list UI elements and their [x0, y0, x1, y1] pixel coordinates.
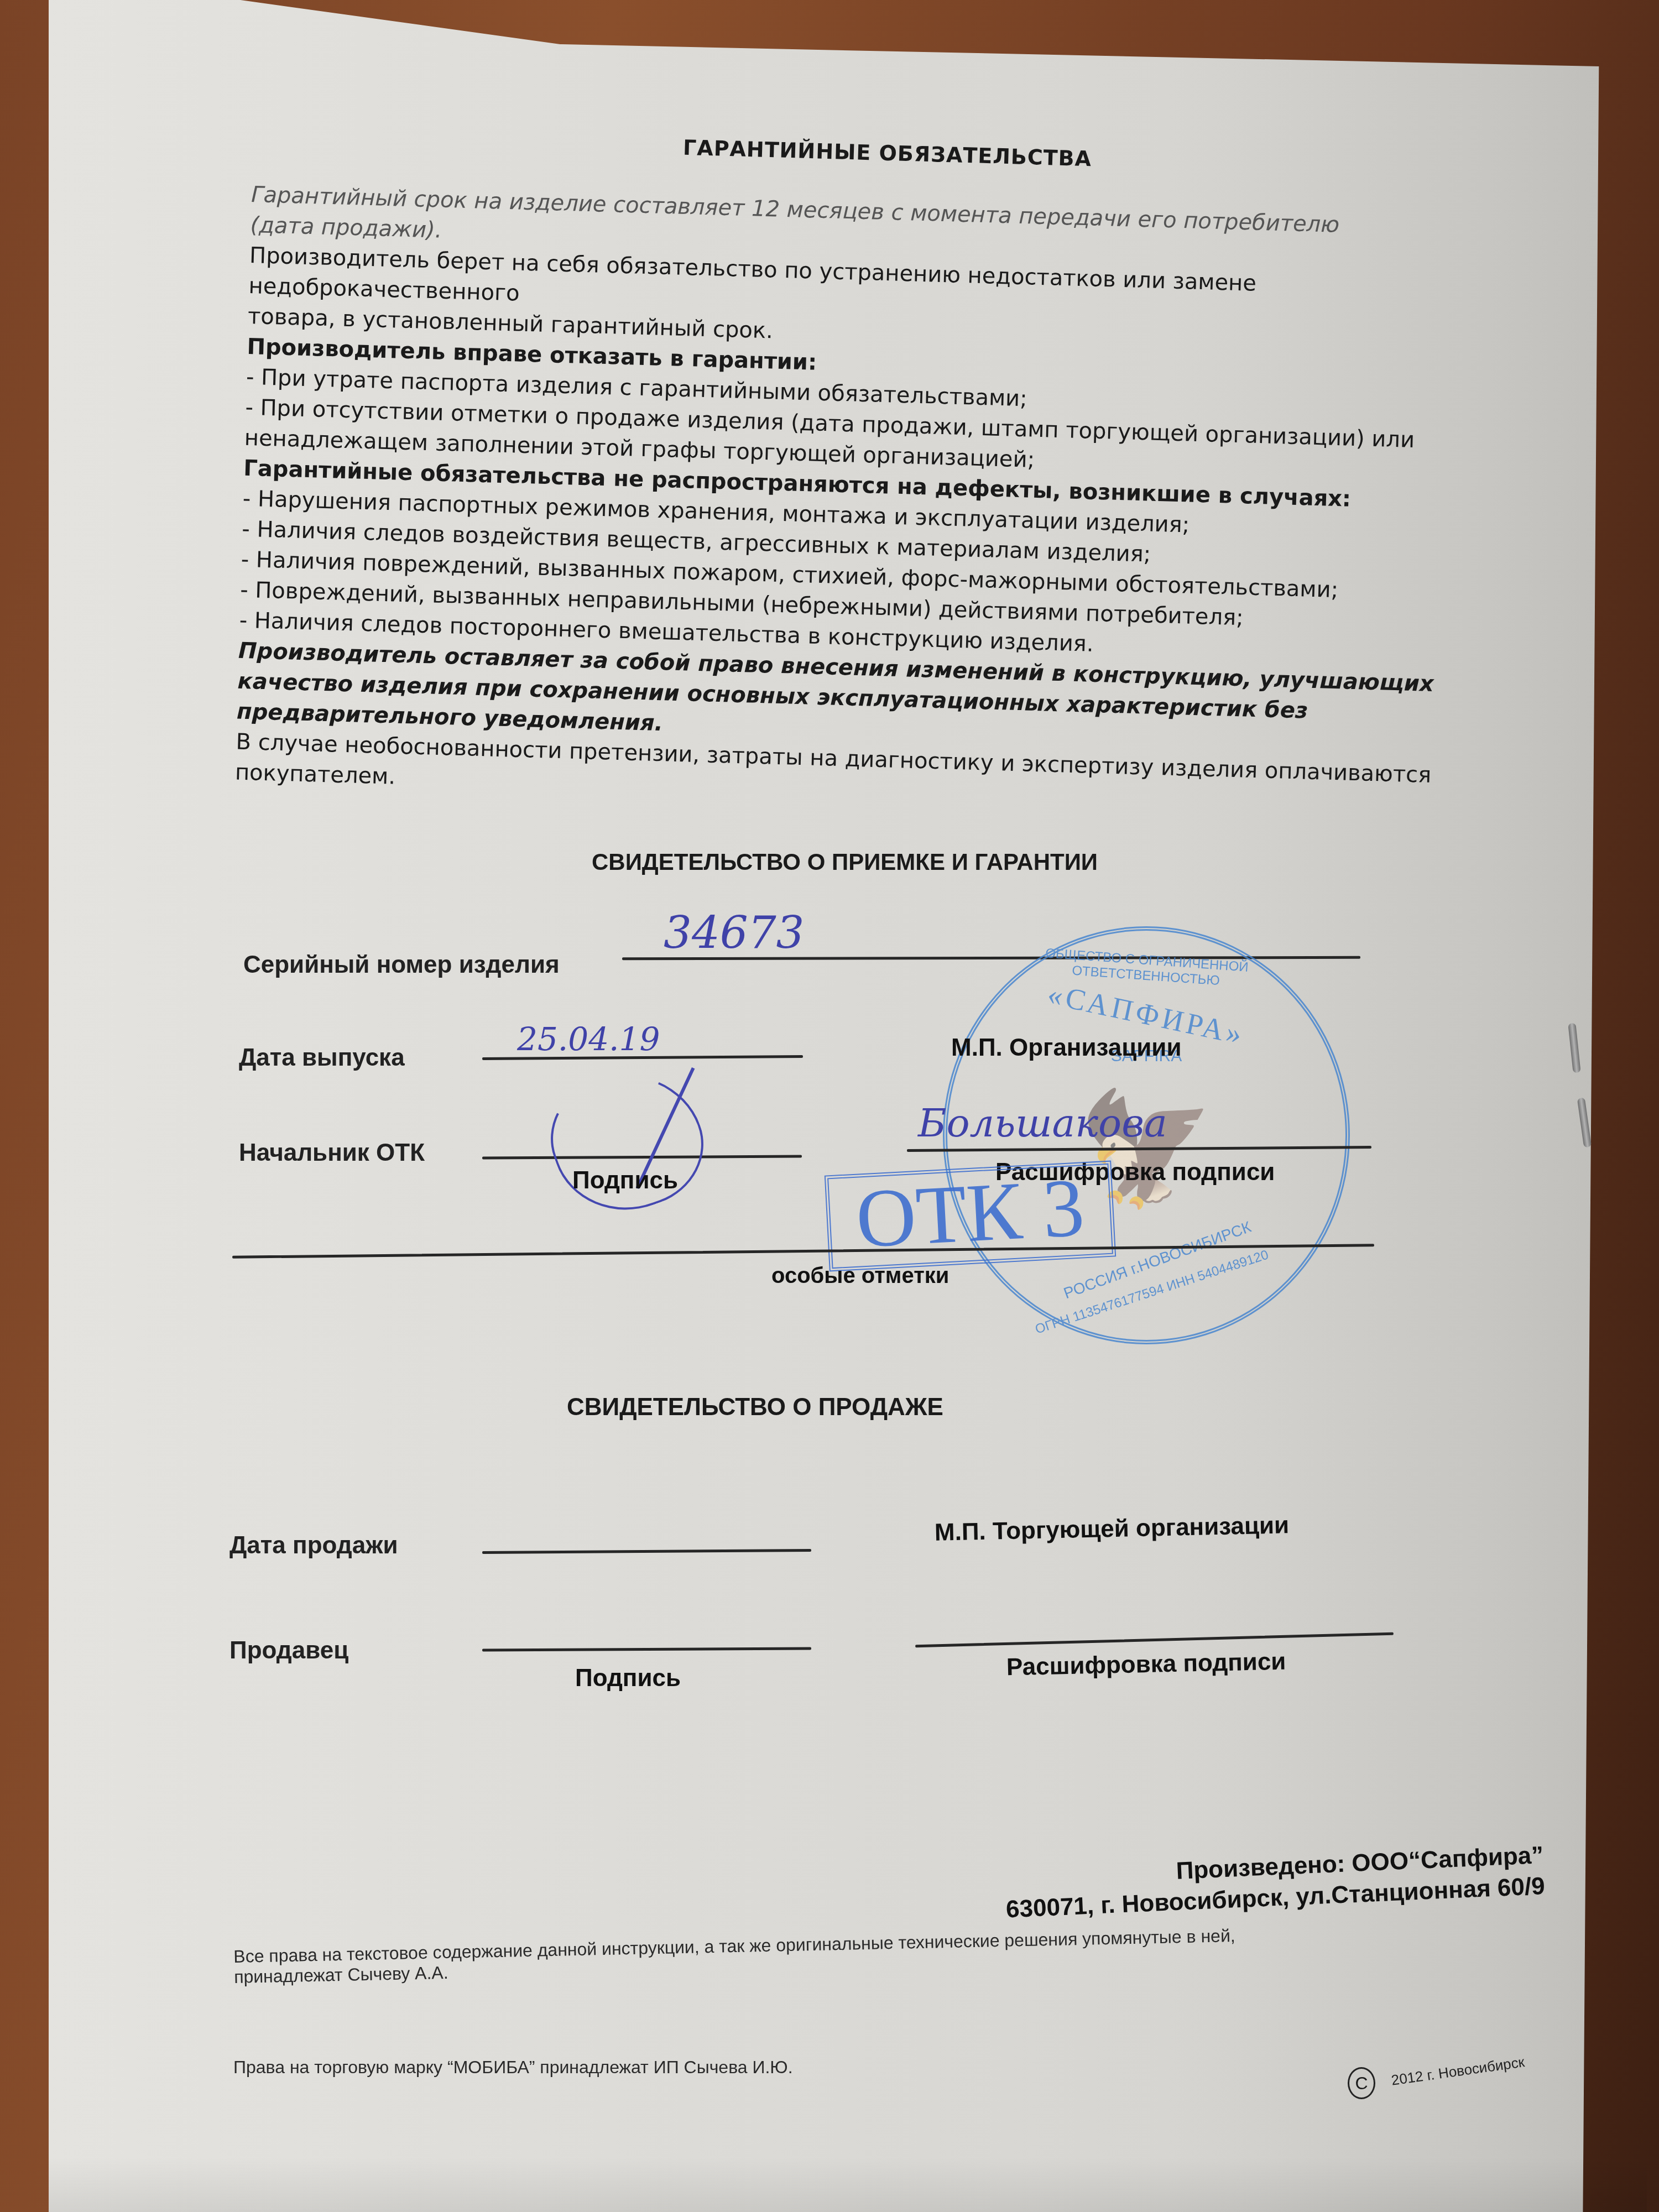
seller-decode-caption: Расшифровка подписи	[1006, 1648, 1286, 1682]
serial-number-label: Серийный номер изделия	[243, 951, 560, 979]
copyright-symbol: C	[1355, 2073, 1368, 2093]
seller-signature-caption: Подпись	[575, 1665, 681, 1692]
page-shadow	[49, 2157, 1647, 2212]
sale-date-label: Дата продажи	[229, 1532, 398, 1559]
trademark-text: Права на торговую марку “МОБИБА” принадл…	[233, 2057, 793, 2078]
otk-stamp: ОТК 3	[825, 1161, 1116, 1272]
acceptance-title: СВИДЕТЕЛЬСТВО О ПРИЕМКЕ И ГАРАНТИИ	[592, 849, 1098, 875]
copyright-icon: C	[1348, 2067, 1375, 2099]
signature-decode-value: Большакова	[918, 1100, 1167, 1146]
sale-title: СВИДЕТЕЛЬСТВО О ПРОДАЖЕ	[567, 1394, 943, 1421]
otk-signature-caption: Подпись	[572, 1167, 678, 1194]
release-date-value: 25.04.19	[517, 1020, 660, 1058]
release-date-label: Дата выпуска	[239, 1044, 405, 1072]
serial-number-value: 34673	[664, 907, 805, 958]
seller-label: Продавец	[229, 1637, 348, 1665]
special-marks-caption: особые отметки	[771, 1264, 949, 1288]
otk-head-label: Начальник ОТК	[239, 1139, 425, 1167]
org-stamp-label: М.П. Организациии	[951, 1034, 1181, 1062]
